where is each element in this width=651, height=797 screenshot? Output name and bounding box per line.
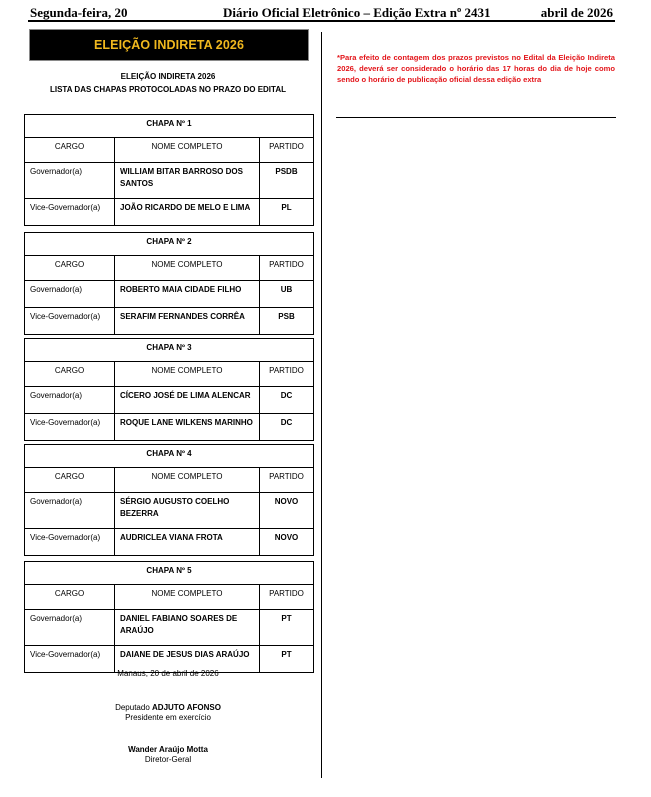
cell-nome: ROBERTO MAIA CIDADE FILHO — [115, 281, 260, 308]
table-row: Governador(a)DANIEL FABIANO SOARES DE AR… — [25, 610, 314, 646]
cell-partido: NOVO — [260, 529, 314, 556]
header-rule — [28, 20, 615, 22]
column-header-row: CARGONOME COMPLETOPARTIDO — [25, 585, 314, 610]
publication-time-note: *Para efeito de contagem dos prazos prev… — [337, 52, 615, 85]
cell-partido: NOVO — [260, 493, 314, 529]
cell-partido: PL — [260, 199, 314, 226]
cell-cargo: Governador(a) — [25, 163, 115, 199]
table-row: Governador(a)CÍCERO JOSÉ DE LIMA ALENCAR… — [25, 387, 314, 414]
title-banner: ELEIÇÃO INDIRETA 2026 — [29, 29, 309, 61]
chapa-title-row: CHAPA Nº 4 — [25, 445, 314, 468]
chapa-title-row: CHAPA Nº 1 — [25, 115, 314, 138]
cell-partido: PSB — [260, 308, 314, 335]
header-publication: Diário Oficial Eletrônico – Edição Extra… — [223, 5, 491, 21]
cell-partido: PSDB — [260, 163, 314, 199]
chapa-title: CHAPA Nº 3 — [25, 339, 314, 362]
chapa-title: CHAPA Nº 1 — [25, 115, 314, 138]
signer-1-role: Presidente em exercício — [24, 713, 312, 723]
cell-nome: JOÃO RICARDO DE MELO E LIMA — [115, 199, 260, 226]
table-row: Vice-Governador(a)AUDRICLEA VIANA FROTAN… — [25, 529, 314, 556]
chapa-title: CHAPA Nº 4 — [25, 445, 314, 468]
chapa-title-row: CHAPA Nº 3 — [25, 339, 314, 362]
header-nome: NOME COMPLETO — [115, 138, 260, 163]
column-header-row: CARGONOME COMPLETOPARTIDO — [25, 256, 314, 281]
header-cargo: CARGO — [25, 256, 115, 281]
cell-nome: CÍCERO JOSÉ DE LIMA ALENCAR — [115, 387, 260, 414]
header-partido: PARTIDO — [260, 362, 314, 387]
cell-partido: DC — [260, 414, 314, 441]
chapa-table: CHAPA Nº 4CARGONOME COMPLETOPARTIDOGover… — [24, 444, 314, 556]
header-day: Segunda-feira, 20 — [30, 5, 128, 21]
chapa-table: CHAPA Nº 2CARGONOME COMPLETOPARTIDOGover… — [24, 232, 314, 335]
header-nome: NOME COMPLETO — [115, 362, 260, 387]
table-row: Vice-Governador(a)JOÃO RICARDO DE MELO E… — [25, 199, 314, 226]
table-row: Vice-Governador(a)ROQUE LANE WILKENS MAR… — [25, 414, 314, 441]
cell-nome: ROQUE LANE WILKENS MARINHO — [115, 414, 260, 441]
cell-partido: DC — [260, 387, 314, 414]
subtitle-line-1: ELEIÇÃO INDIRETA 2026 — [24, 72, 312, 81]
signer-1-name: ADJUTO AFONSO — [152, 703, 221, 712]
signer-2-name: Wander Araújo Motta — [128, 745, 208, 754]
cell-cargo: Governador(a) — [25, 493, 115, 529]
header-partido: PARTIDO — [260, 138, 314, 163]
cell-cargo: Vice-Governador(a) — [25, 199, 115, 226]
cell-cargo: Governador(a) — [25, 387, 115, 414]
column-divider — [321, 32, 322, 778]
column-header-row: CARGONOME COMPLETOPARTIDO — [25, 138, 314, 163]
header-nome: NOME COMPLETO — [115, 585, 260, 610]
table-row: Governador(a)WILLIAM BITAR BARROSO DOS S… — [25, 163, 314, 199]
cell-nome: AUDRICLEA VIANA FROTA — [115, 529, 260, 556]
chapa-table: CHAPA Nº 5CARGONOME COMPLETOPARTIDOGover… — [24, 561, 314, 673]
cell-partido: UB — [260, 281, 314, 308]
cell-cargo: Governador(a) — [25, 281, 115, 308]
header-nome: NOME COMPLETO — [115, 468, 260, 493]
header-month-year: abril de 2026 — [541, 5, 613, 21]
chapa-title-row: CHAPA Nº 2 — [25, 233, 314, 256]
cell-nome: WILLIAM BITAR BARROSO DOS SANTOS — [115, 163, 260, 199]
chapa-table: CHAPA Nº 1CARGONOME COMPLETOPARTIDOGover… — [24, 114, 314, 226]
chapa-title: CHAPA Nº 2 — [25, 233, 314, 256]
cell-cargo: Vice-Governador(a) — [25, 414, 115, 441]
banner-title: ELEIÇÃO INDIRETA 2026 — [94, 38, 244, 52]
header-cargo: CARGO — [25, 468, 115, 493]
header-nome: NOME COMPLETO — [115, 256, 260, 281]
signer-1: Deputado ADJUTO AFONSO — [24, 703, 312, 713]
chapa-title: CHAPA Nº 5 — [25, 562, 314, 585]
column-header-row: CARGONOME COMPLETOPARTIDO — [25, 468, 314, 493]
header-cargo: CARGO — [25, 362, 115, 387]
chapa-title-row: CHAPA Nº 5 — [25, 562, 314, 585]
cell-cargo: Governador(a) — [25, 610, 115, 646]
header-partido: PARTIDO — [260, 256, 314, 281]
chapa-table: CHAPA Nº 3CARGONOME COMPLETOPARTIDOGover… — [24, 338, 314, 441]
cell-cargo: Vice-Governador(a) — [25, 529, 115, 556]
table-row: Governador(a)ROBERTO MAIA CIDADE FILHOUB — [25, 281, 314, 308]
signer-1-prefix: Deputado — [115, 703, 150, 712]
header-partido: PARTIDO — [260, 468, 314, 493]
cell-nome: DANIEL FABIANO SOARES DE ARAÚJO — [115, 610, 260, 646]
table-row: Governador(a)SÉRGIO AUGUSTO COELHO BEZER… — [25, 493, 314, 529]
signer-2-role: Diretor-Geral — [24, 755, 312, 765]
subtitle-line-2: LISTA DAS CHAPAS PROTOCOLADAS NO PRAZO D… — [24, 85, 312, 94]
header-cargo: CARGO — [25, 585, 115, 610]
table-row: Vice-Governador(a)SERAFIM FERNANDES CORR… — [25, 308, 314, 335]
note-rule — [336, 117, 616, 118]
cell-partido: PT — [260, 610, 314, 646]
place-date: Manaus, 20 de abril de 2026 — [24, 669, 312, 679]
column-header-row: CARGONOME COMPLETOPARTIDO — [25, 362, 314, 387]
header-cargo: CARGO — [25, 138, 115, 163]
cell-nome: SERAFIM FERNANDES CORRÊA — [115, 308, 260, 335]
signer-2: Wander Araújo Motta — [24, 745, 312, 755]
page-header: Segunda-feira, 20 Diário Oficial Eletrôn… — [28, 5, 615, 21]
cell-cargo: Vice-Governador(a) — [25, 308, 115, 335]
cell-nome: SÉRGIO AUGUSTO COELHO BEZERRA — [115, 493, 260, 529]
header-partido: PARTIDO — [260, 585, 314, 610]
